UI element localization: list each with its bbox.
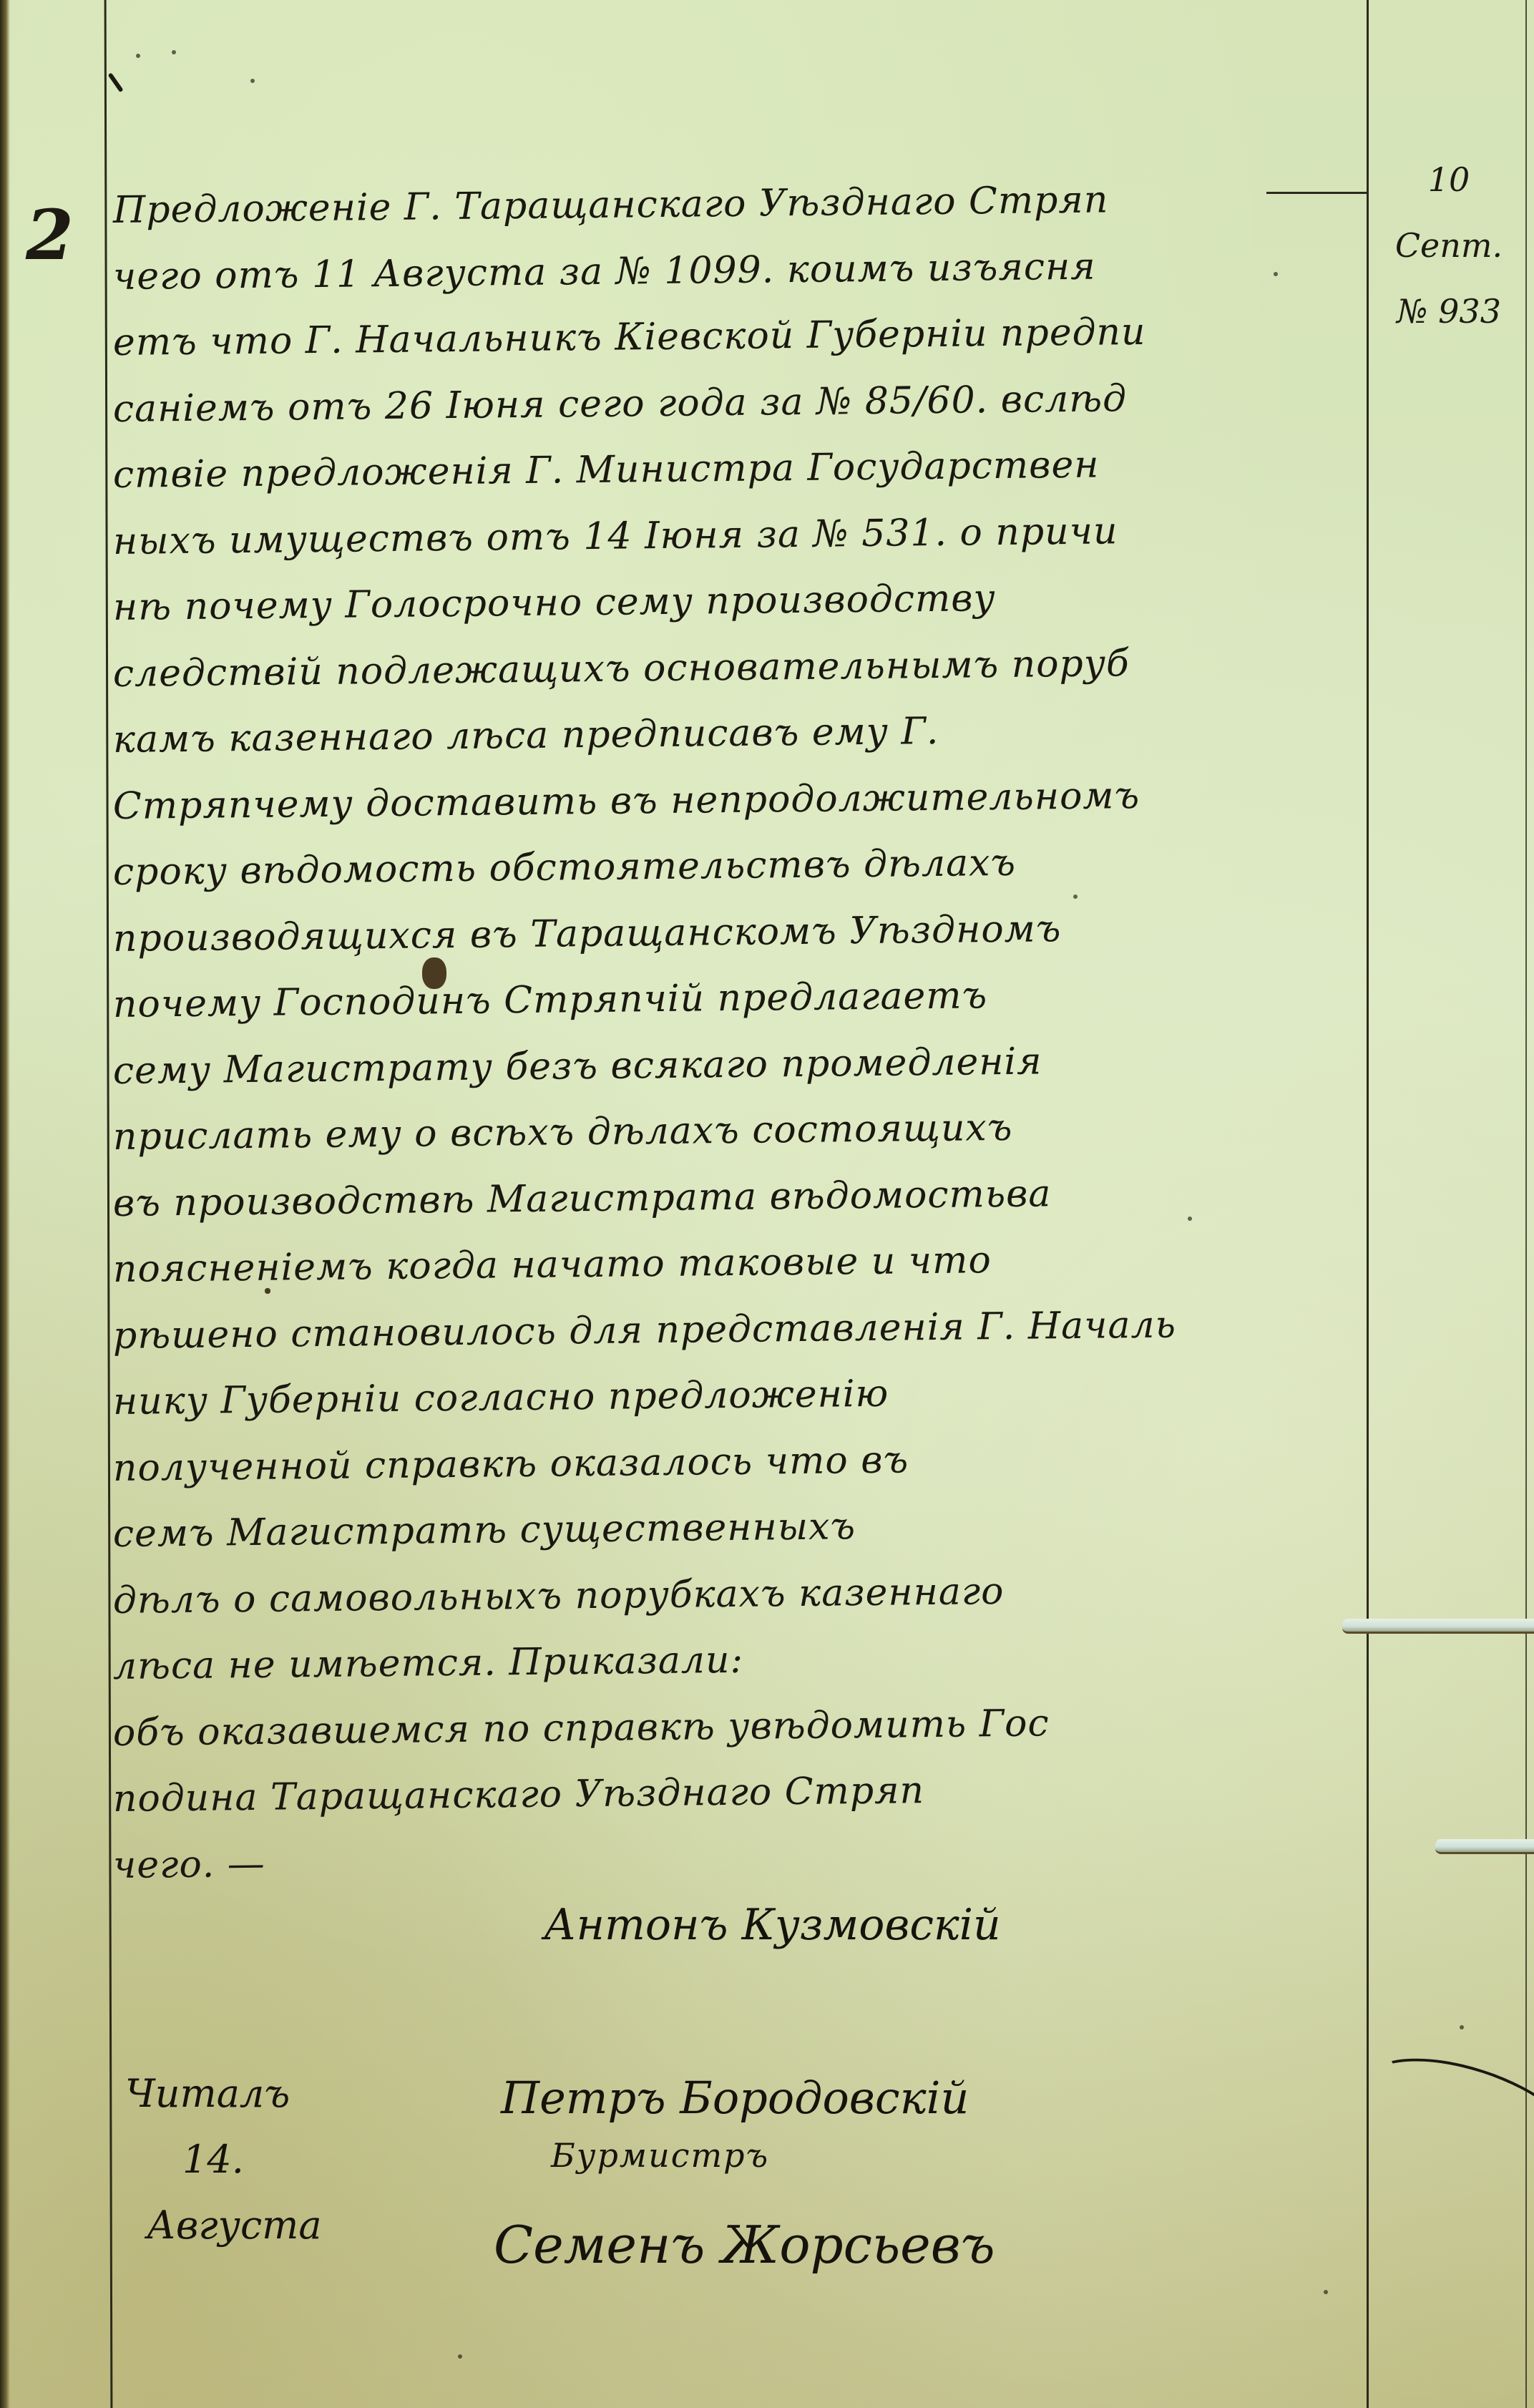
paper-speck [1274, 272, 1278, 276]
text-line: сроку вѣдомость обстоятельствъ дѣлахъ [113, 827, 1323, 905]
paper-speck [1188, 1217, 1192, 1221]
text-line: сему Магистрату безъ всякаго промедленія [113, 1025, 1323, 1104]
text-line: нику Губерніи согласно предложенію [113, 1356, 1323, 1435]
ink-blot [265, 1288, 270, 1294]
paper-speck [136, 54, 140, 58]
page-edge-rule [1525, 0, 1527, 2408]
text-line: прислать ему о всѣхъ дѣлахъ состоящихъ [113, 1091, 1323, 1170]
text-line: камъ казеннаго лѣса предписавъ ему Г. [113, 694, 1323, 773]
text-line: поясненіемъ когда начато таковые и что [113, 1224, 1323, 1302]
paper-speck [1073, 895, 1078, 899]
margin-note-date: 10 Септ. [1377, 147, 1520, 278]
paper-speck [458, 2354, 462, 2359]
body-text: Предложеніе Г. Таращанскаго Уѣзднаго Стр… [113, 177, 1322, 1898]
text-line: въ производствѣ Магистрата вѣдомостьва [113, 1158, 1323, 1237]
read-note-month: Августа [125, 2193, 383, 2258]
text-line: етъ что Г. Начальникъ Кіевской Губерніи … [113, 297, 1323, 376]
text-line: семъ Магистратѣ существенныхъ [113, 1488, 1323, 1567]
text-line: подина Таращанскаго Уѣзднаго Стряп [113, 1753, 1323, 1832]
signature-second: Семенъ Жорсьевъ [494, 2215, 995, 2275]
text-line: почему Господинъ Стряпчій предлагаетъ [113, 959, 1323, 1038]
clerk-signature: Антонъ Кузмовскій [544, 1900, 1001, 1950]
manuscript-page: 2 10 Септ. № 933 Предложеніе Г. Таращанс… [0, 0, 1534, 2408]
margin-note: 10 Септ. № 933 [1377, 147, 1520, 344]
text-line: Предложеніе Г. Таращанскаго Уѣзднаго Стр… [113, 165, 1323, 243]
signature-flourish [1351, 2037, 1534, 2192]
text-line: дѣлъ о самовольныхъ порубкахъ казеннаго [113, 1555, 1323, 1634]
paper-speck [172, 50, 176, 54]
right-margin-rule [1367, 0, 1369, 2408]
text-line: полученной справкѣ оказалось что въ [113, 1423, 1323, 1501]
text-line: лѣса не имѣется. Приказали: [113, 1621, 1323, 1700]
binding-thread [1342, 1619, 1534, 1634]
text-line: чего отъ 11 Августа за № 1099. коимъ изъ… [113, 231, 1323, 310]
text-line: чего. — [113, 1820, 1323, 1898]
text-line: ныхъ имуществъ отъ 14 Іюня за № 531. о п… [113, 496, 1323, 575]
paper-speck [1460, 2025, 1464, 2029]
paper-speck [250, 79, 255, 83]
text-line: рѣшено становилось для представленія Г. … [113, 1290, 1323, 1369]
top-tick-mark [108, 72, 124, 92]
read-note: Читалъ 14. Августа [125, 2061, 383, 2258]
signature-burgomaster-title: Бурмистръ [551, 2136, 769, 2175]
text-line: объ оказавшемся по справкѣ увѣдомить Гос [113, 1687, 1323, 1766]
margin-note-number: № 933 [1377, 278, 1520, 344]
read-note-label: Читалъ [125, 2071, 290, 2116]
left-margin-rule [104, 0, 113, 2408]
paper-speck [1324, 2290, 1328, 2294]
text-line: нѣ почему Голосрочно сему производству [113, 562, 1323, 640]
text-line: Стряпчему доставить въ непродолжительном… [113, 761, 1323, 839]
binding-thread [1435, 1839, 1534, 1854]
text-line: следствій подлежащихъ основательнымъ пор… [113, 628, 1323, 707]
text-line: производящихся въ Таращанскомъ Уѣздномъ [113, 893, 1323, 972]
read-note-day: 14. [125, 2127, 383, 2193]
text-line: ствіе предложенія Г. Министра Государств… [113, 429, 1323, 508]
item-number: 2 [26, 195, 74, 276]
signature-burgomaster: Петръ Бородовскій [501, 2072, 969, 2124]
ink-blot [422, 957, 446, 989]
text-line: саніемъ отъ 26 Іюня сего года за № 85/60… [113, 364, 1323, 442]
binding-edge-shadow [0, 0, 10, 2408]
